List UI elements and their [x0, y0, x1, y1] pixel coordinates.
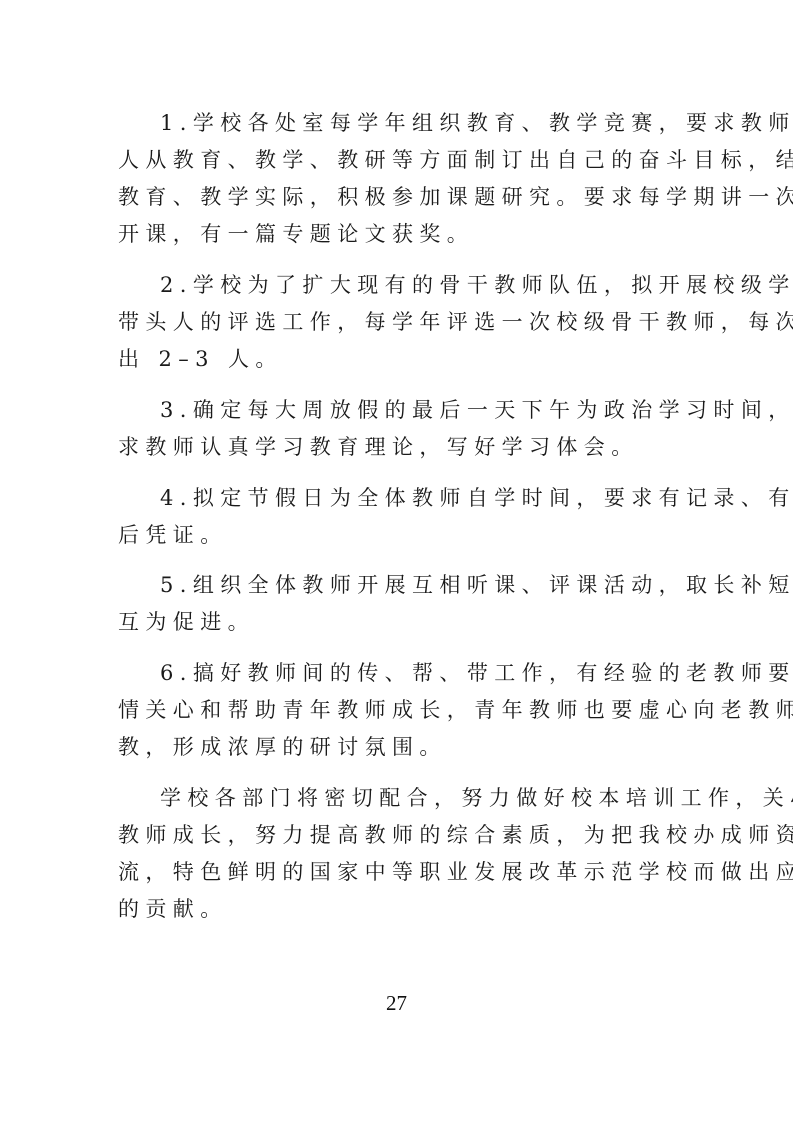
paragraph-3-line-1: 3.确定每大周放假的最后一天下午为政治学习时间，要 — [160, 395, 720, 425]
conclusion-line-1: 学校各部门将密切配合，努力做好校本培训工作，关心 — [160, 783, 720, 813]
paragraph-4-line-2: 后凭证。 — [118, 520, 678, 550]
paragraph-4-line-1: 4.拟定节假日为全体教师自学时间，要求有记录、有学 — [160, 483, 720, 513]
paragraph-2-line-1: 2.学校为了扩大现有的骨干教师队伍，拟开展校级学科 — [160, 270, 720, 300]
conclusion-line-3: 流，特色鲜明的国家中等职业发展改革示范学校而做出应有 — [118, 857, 678, 887]
paragraph-2-line-3: 出 2–3 人。 — [118, 344, 678, 374]
paragraph-1-line-3: 教育、教学实际，积极参加课题研究。要求每学期讲一次公 — [118, 182, 678, 212]
conclusion-line-2: 教师成长，努力提高教师的综合素质，为把我校办成师资一 — [118, 820, 678, 850]
paragraph-5-line-2: 互为促进。 — [118, 607, 678, 637]
paragraph-1-line-4: 开课，有一篇专题论文获奖。 — [118, 219, 678, 249]
paragraph-6-line-2: 情关心和帮助青年教师成长，青年教师也要虚心向老教师请 — [118, 695, 678, 725]
conclusion-line-4: 的贡献。 — [118, 894, 678, 924]
page-number: 27 — [0, 988, 793, 1018]
paragraph-1-line-2: 人从教育、教学、教研等方面制订出自己的奋斗目标，结合 — [118, 145, 678, 175]
paragraph-5-line-1: 5.组织全体教师开展互相听课、评课活动，取长补短， — [160, 570, 720, 600]
paragraph-6-line-3: 教，形成浓厚的研讨氛围。 — [118, 732, 678, 762]
document-page: 1.学校各处室每学年组织教育、教学竞赛，要求教师本 人从教育、教学、教研等方面制… — [0, 0, 793, 1122]
paragraph-1-line-1: 1.学校各处室每学年组织教育、教学竞赛，要求教师本 — [160, 108, 720, 138]
paragraph-3-line-2: 求教师认真学习教育理论，写好学习体会。 — [118, 432, 678, 462]
paragraph-6-line-1: 6.搞好教师间的传、帮、带工作，有经验的老教师要热 — [160, 658, 720, 688]
paragraph-2-line-2: 带头人的评选工作，每学年评选一次校级骨干教师，每次评 — [118, 307, 678, 337]
